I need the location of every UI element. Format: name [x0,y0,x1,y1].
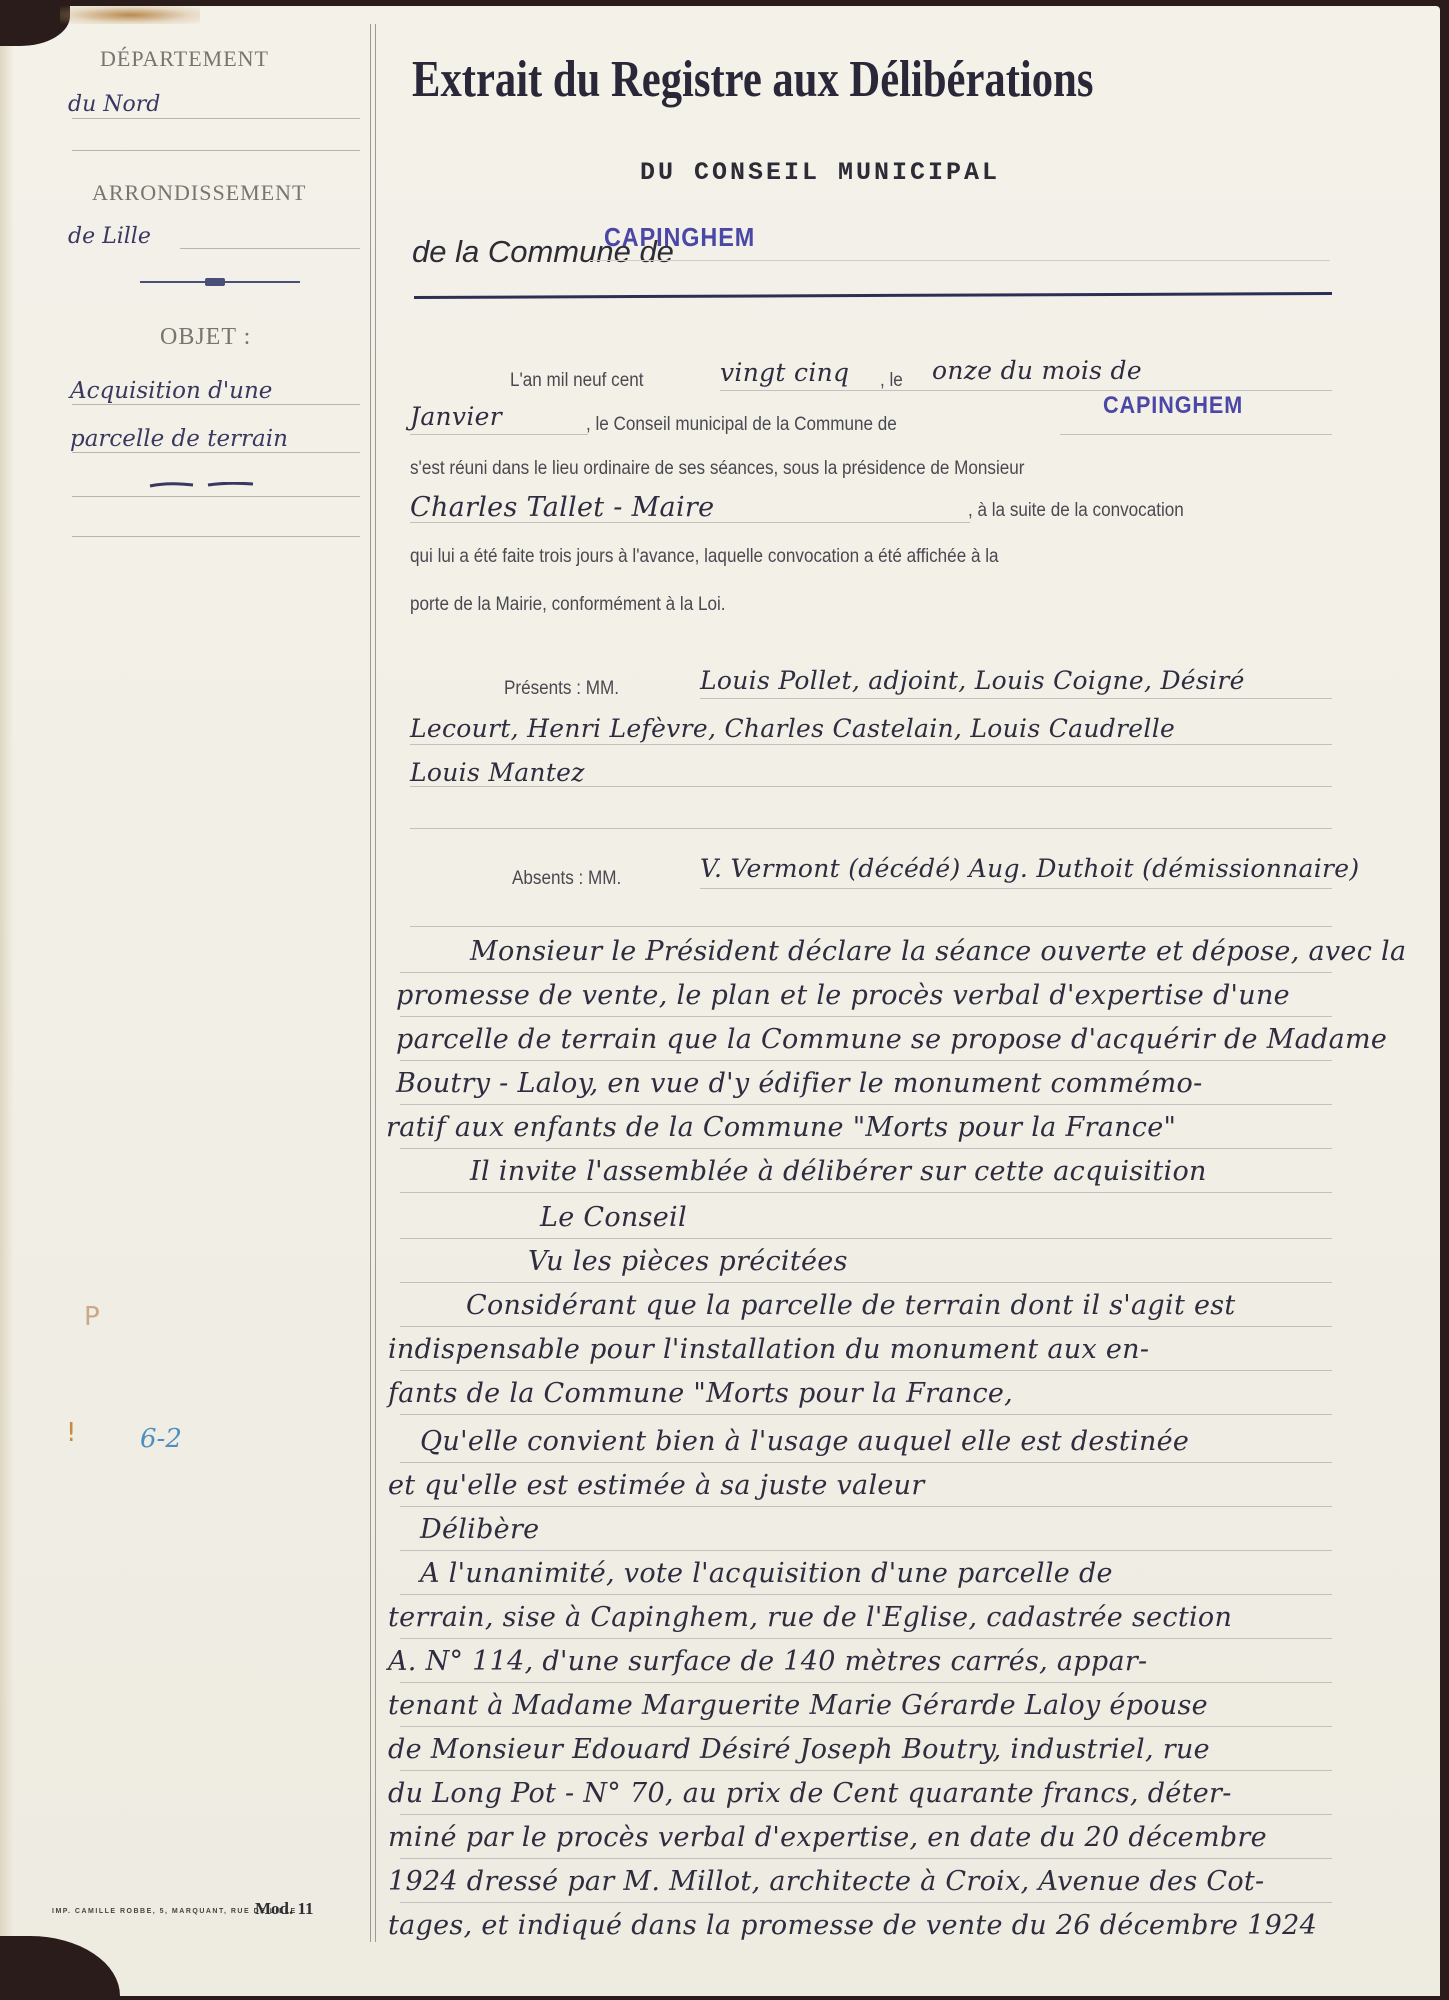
objet-rule-4 [72,536,360,537]
body-line: du Long Pot - N° 70, au prix de Cent qua… [388,1778,1232,1809]
absent-rule-2 [410,926,1332,927]
body-line: Considérant que la parcelle de terrain d… [466,1290,1236,1321]
ornament-divider [140,281,300,283]
body-line: Vu les pièces précitées [528,1246,848,1277]
body-rule [400,1016,1332,1017]
departement-label: DÉPARTEMENT [100,46,269,72]
folded-corner-bottom-left [0,1936,120,2000]
body-rule [400,1238,1332,1239]
objet-line-1: Acquisition d'une [70,378,272,404]
margin-double-rule [370,24,376,1942]
body-line: Le Conseil [540,1202,687,1233]
body-line: Délibère [420,1514,539,1545]
body-rule [400,1370,1332,1371]
body-line: de Monsieur Edouard Désiré Joseph Boutry… [388,1734,1210,1765]
body-line: promesse de vente, le plan et le procès … [396,980,1290,1011]
body-rule [400,1282,1332,1283]
body-rule [400,1594,1332,1595]
document-title: Extrait du Registre aux Délibérations [412,50,1093,109]
body-rule [400,1858,1332,1859]
body-line: 1924 dressé par M. Millot, architecte à … [388,1866,1264,1897]
blue-annotation: 6-2 [140,1424,182,1454]
present-rule-1 [700,698,1332,699]
document-subtitle: DU CONSEIL MUNICIPAL [640,158,1000,187]
body-rule [400,1148,1332,1149]
body-rule [400,1770,1332,1771]
preamble-rule-2a [410,434,588,435]
objet-rule-1 [72,404,360,405]
register-page: DÉPARTEMENT du Nord ARRONDISSEMENT de Li… [0,6,1440,1996]
body-rule [400,1814,1332,1815]
preamble-year-label: L'an mil neuf cent [510,370,643,392]
body-rule [400,1462,1332,1463]
preamble-commune-stamp: CAPINGHEM [1103,392,1243,420]
preamble-law-text: porte de la Mairie, conformément à la Lo… [410,594,726,616]
objet-line-2: parcelle de terrain [70,426,288,452]
body-line: fants de la Commune "Morts pour la Franc… [388,1378,1013,1409]
preamble-year-hand: vingt cinq [720,358,849,387]
body-rule [400,1192,1332,1193]
absent-label: Absents : MM. [512,868,621,890]
body-line: tages, et indiqué dans la promesse de ve… [388,1910,1317,1941]
body-line: indispensable pour l'installation du mon… [388,1334,1149,1365]
preamble-day-hand: onze du mois de [932,356,1142,385]
objet-rule-3 [72,496,360,497]
body-line: A. N° 114, d'une surface de 140 mètres c… [388,1646,1147,1677]
arrondissement-value: de Lille [68,224,151,249]
body-rule [400,1550,1332,1551]
departement-rule-2 [72,150,360,151]
body-rule [400,1414,1332,1415]
preamble-le: , le [880,370,903,392]
body-line: terrain, sise à Capinghem, rue de l'Egli… [388,1602,1232,1633]
objet-rule-2 [72,452,360,453]
preamble-president-hand: Charles Tallet - Maire [410,492,714,523]
preamble-council-text: , le Conseil municipal de la Commune de [586,414,897,436]
pencil-mark: ! [66,1418,76,1448]
body-line: Il invite l'assemblée à délibérer sur ce… [470,1156,1207,1187]
body-line: parcelle de terrain que la Commune se pr… [396,1024,1387,1055]
header-heavy-rule [414,292,1332,299]
arrondissement-rule [180,248,360,249]
body-line: et qu'elle est estimée à sa juste valeur [388,1470,925,1501]
departement-value: du Nord [68,92,160,117]
present-line-1: Louis Pollet, adjoint, Louis Coigne, Dés… [700,666,1245,695]
commune-rule [590,260,1330,261]
body-line: tenant à Madame Marguerite Marie Gérarde… [388,1690,1208,1721]
body-rule [400,1506,1332,1507]
preamble-rule-1 [720,390,1332,391]
pencil-annotation: P [84,1302,100,1332]
body-rule [400,1638,1332,1639]
departement-rule [72,118,360,119]
present-line-3: Louis Mantez [410,758,585,787]
absent-rule-1 [700,888,1332,889]
commune-stamp: CAPINGHEM [604,222,755,253]
body-line: Monsieur le Président déclare la séance … [470,936,1406,967]
body-rule [400,1682,1332,1683]
body-rule [400,1326,1332,1327]
body-rule [400,1726,1332,1727]
body-line: ratif aux enfants de la Commune "Morts p… [386,1112,1176,1143]
present-rule-4 [410,828,1332,829]
body-line: Qu'elle convient bien à l'usage auquel e… [420,1426,1189,1457]
body-rule [400,1060,1332,1061]
preamble-rule-4 [410,522,970,523]
preamble-convocation-text: , à la suite de la convocation [968,500,1184,522]
objet-closing-flourish [148,482,258,488]
preamble-month-hand: Janvier [410,402,502,431]
preamble-convocation-detail: qui lui a été faite trois jours à l'avan… [410,546,999,568]
present-rule-2 [410,744,1332,745]
body-line: Boutry - Laloy, en vue d'y édifier le mo… [396,1068,1203,1099]
present-label: Présents : MM. [504,678,619,700]
paper-stain [60,6,200,24]
body-line: miné par le procès verbal d'expertise, e… [388,1822,1267,1853]
present-line-2: Lecourt, Henri Lefèvre, Charles Castelai… [410,714,1175,743]
absent-line-1: V. Vermont (décédé) Aug. Duthoit (démiss… [700,854,1359,883]
preamble-rule-2b [1060,434,1332,435]
form-model-number: Mod. 11 [255,1899,314,1919]
body-line: A l'unanimité, vote l'acquisition d'une … [420,1558,1113,1589]
objet-label: OBJET : [160,324,251,351]
preamble-presidency-text: s'est réuni dans le lieu ordinaire de se… [410,458,1024,480]
body-rule [400,1902,1332,1903]
page-edge-shadow [0,46,14,1946]
body-rule [400,972,1332,973]
present-rule-3 [410,786,1332,787]
arrondissement-label: ARRONDISSEMENT [92,180,306,206]
body-rule [400,1104,1332,1105]
